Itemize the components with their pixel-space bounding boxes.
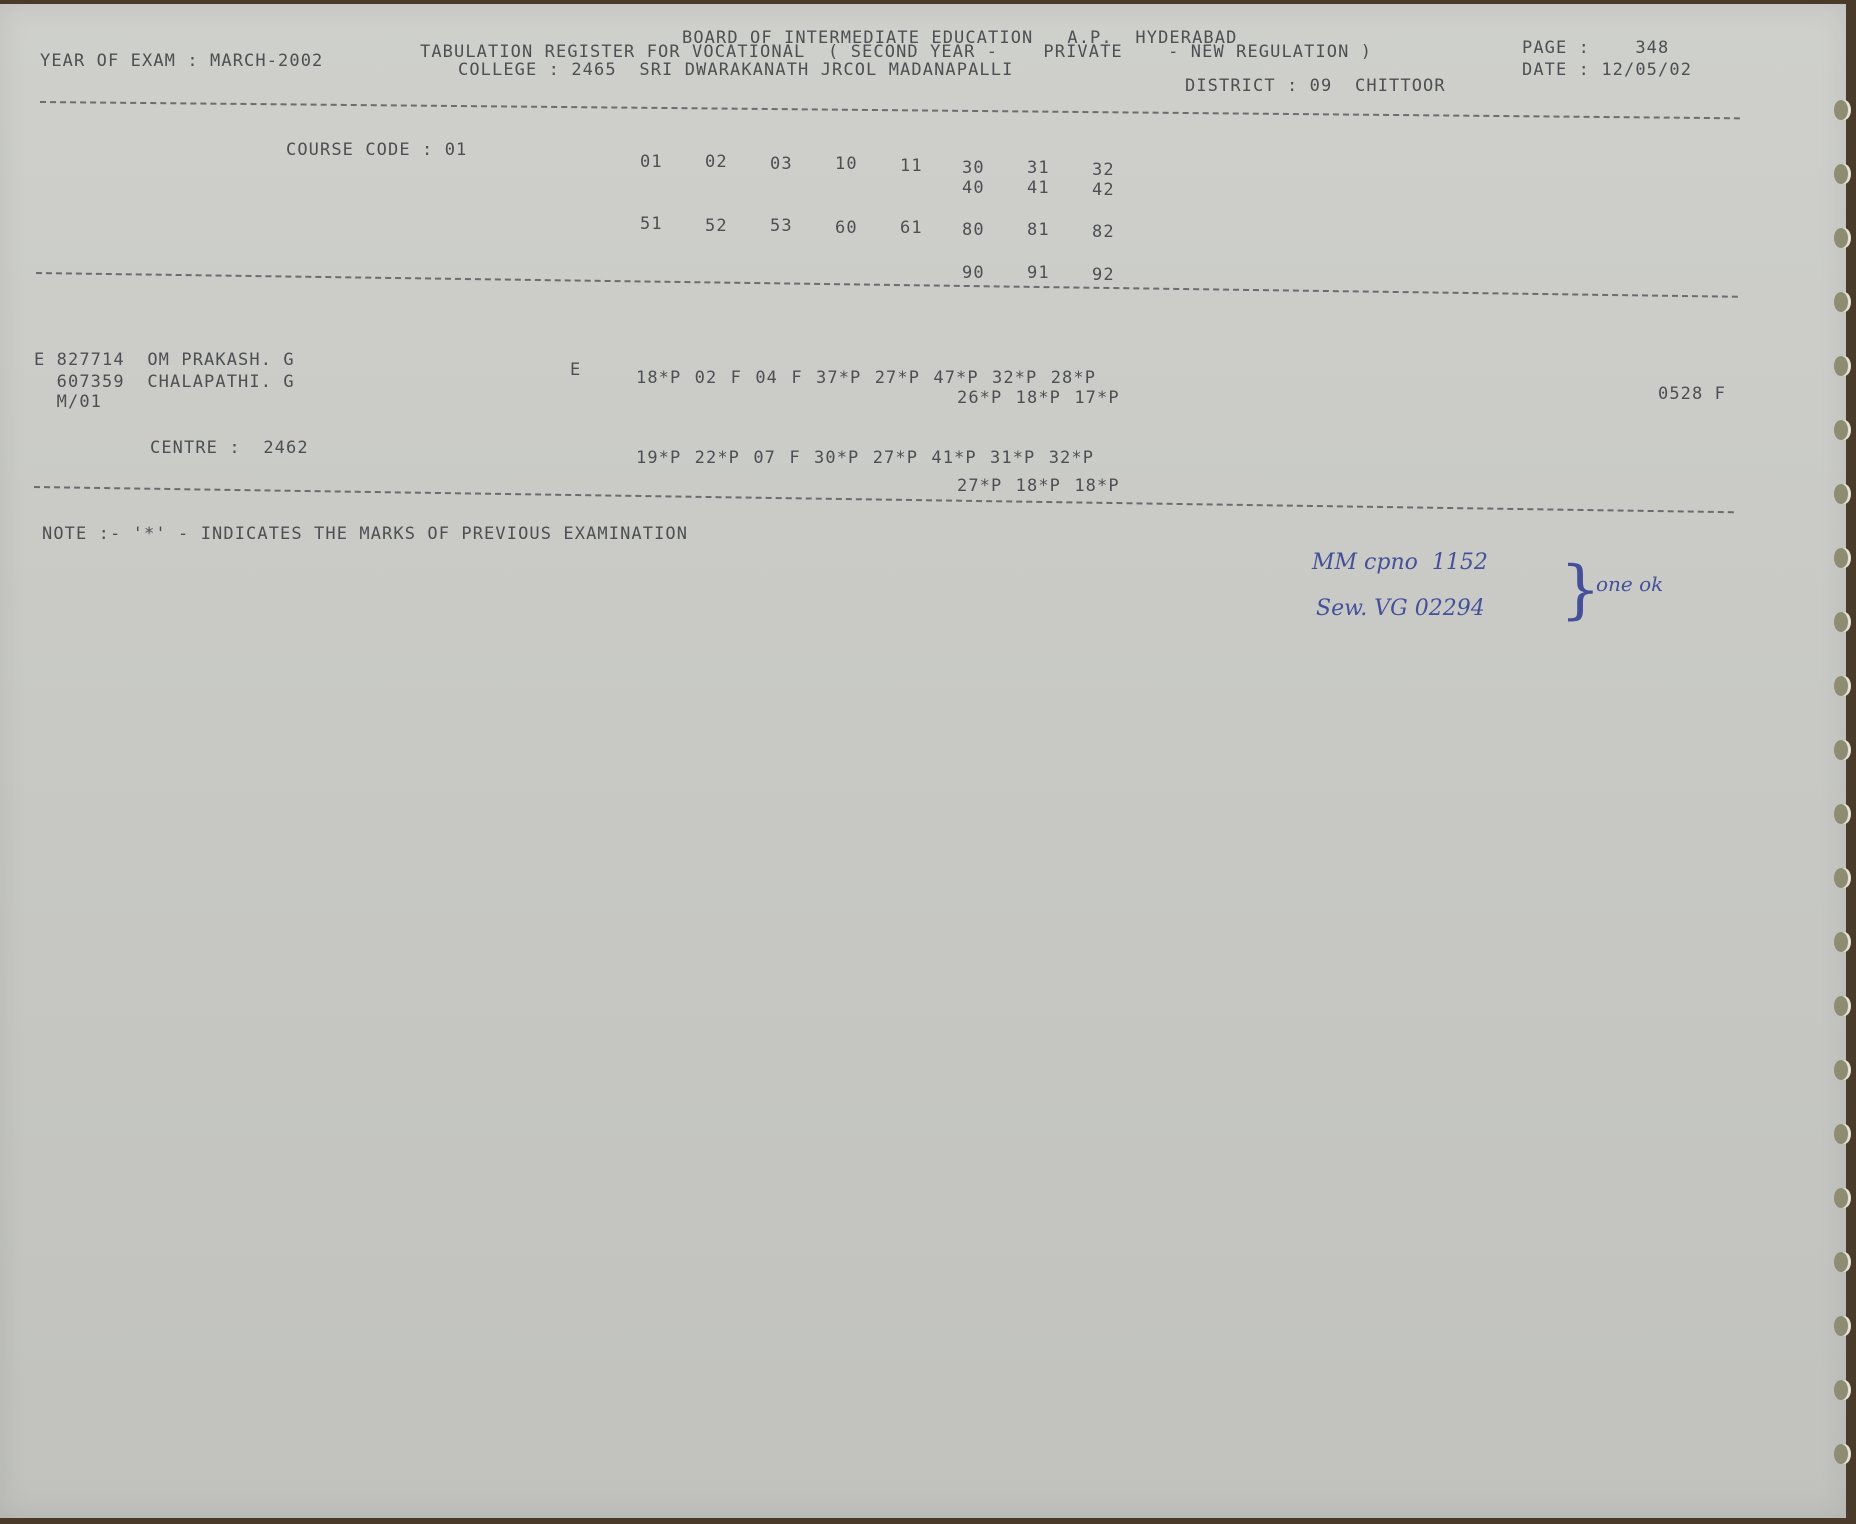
subject-code: 30 bbox=[962, 158, 985, 178]
subject-code: 41 bbox=[1027, 178, 1050, 198]
subject-code: 61 bbox=[900, 218, 923, 238]
register-page: YEAR OF EXAM : MARCH-2002 BOARD OF INTER… bbox=[0, 4, 1846, 1518]
subject-code: 02 bbox=[705, 152, 728, 172]
district-line: DISTRICT : 09 CHITTOOR bbox=[1185, 76, 1446, 96]
divider bbox=[36, 272, 1738, 298]
subject-code: 91 bbox=[1027, 263, 1050, 283]
sprocket-hole bbox=[1834, 548, 1848, 568]
print-date: DATE : 12/05/02 bbox=[1522, 60, 1692, 80]
register-title: TABULATION REGISTER FOR VOCATIONAL ( SEC… bbox=[420, 42, 1372, 62]
marks-row: 19*P 22*P 07 F 30*P 27*P 41*P 31*P 32*P bbox=[636, 448, 1094, 468]
course-code-label: COURSE CODE : 01 bbox=[286, 140, 467, 160]
subject-code: 01 bbox=[640, 152, 663, 172]
sprocket-hole bbox=[1834, 356, 1848, 376]
sprocket-hole bbox=[1834, 932, 1848, 952]
hall-ticket-student: E 827714 OM PRAKASH. G bbox=[34, 350, 295, 370]
sprocket-hole bbox=[1834, 100, 1848, 120]
sprocket-hole bbox=[1834, 1380, 1848, 1400]
subject-code: 92 bbox=[1092, 265, 1115, 285]
brace-mark: } bbox=[1560, 558, 1601, 622]
sprocket-hole bbox=[1834, 1060, 1848, 1080]
subject-code: 31 bbox=[1027, 158, 1050, 178]
year-of-exam: YEAR OF EXAM : MARCH-2002 bbox=[40, 51, 323, 71]
handwritten-note-line1: MM cpno 1152 bbox=[1312, 550, 1488, 575]
marks-row: 26*P 18*P 17*P bbox=[957, 388, 1120, 408]
sprocket-hole bbox=[1834, 228, 1848, 248]
total-result: 0528 F bbox=[1658, 384, 1726, 404]
page-number: PAGE : 348 bbox=[1522, 38, 1669, 58]
subject-code: 60 bbox=[835, 218, 858, 238]
father-name: 607359 CHALAPATHI. G bbox=[34, 372, 295, 392]
medium: E bbox=[570, 360, 581, 380]
sprocket-hole bbox=[1834, 164, 1848, 184]
marks-row: 18*P 02 F 04 F 37*P 27*P 47*P 32*P 28*P bbox=[636, 368, 1096, 388]
subject-code: 11 bbox=[900, 156, 923, 176]
divider bbox=[34, 486, 1734, 513]
handwritten-side-note: one ok bbox=[1596, 572, 1663, 596]
subject-code: 51 bbox=[640, 214, 663, 234]
marks-row: 27*P 18*P 18*P bbox=[957, 476, 1120, 496]
subject-code: 10 bbox=[835, 154, 858, 174]
sprocket-hole bbox=[1834, 676, 1848, 696]
sprocket-hole bbox=[1834, 996, 1848, 1016]
subject-code: 42 bbox=[1092, 180, 1115, 200]
subject-code: 80 bbox=[962, 220, 985, 240]
centre-code: CENTRE : 2462 bbox=[150, 438, 309, 458]
college-line: COLLEGE : 2465 SRI DWARAKANATH JRCOL MAD… bbox=[458, 60, 1013, 80]
note: NOTE :- '*' - INDICATES THE MARKS OF PRE… bbox=[42, 524, 688, 544]
sprocket-hole bbox=[1834, 1188, 1848, 1208]
sprocket-hole bbox=[1834, 1316, 1848, 1336]
sprocket-hole bbox=[1834, 740, 1848, 760]
sprocket-hole bbox=[1834, 484, 1848, 504]
gender-course: M/01 bbox=[34, 392, 102, 412]
sprocket-hole bbox=[1834, 868, 1848, 888]
subject-code: 40 bbox=[962, 178, 985, 198]
divider bbox=[40, 101, 1740, 119]
sprocket-hole bbox=[1834, 612, 1848, 632]
sprocket-hole bbox=[1834, 1252, 1848, 1272]
subject-code: 82 bbox=[1092, 222, 1115, 242]
subject-code: 32 bbox=[1092, 160, 1115, 180]
subject-code: 53 bbox=[770, 216, 793, 236]
subject-code: 03 bbox=[770, 154, 793, 174]
subject-code: 81 bbox=[1027, 220, 1050, 240]
subject-code: 52 bbox=[705, 216, 728, 236]
sprocket-hole bbox=[1834, 1124, 1848, 1144]
sprocket-hole bbox=[1834, 804, 1848, 824]
handwritten-note-line2: Sew. VG 02294 bbox=[1316, 596, 1485, 621]
sprocket-hole bbox=[1834, 1444, 1848, 1464]
sprocket-hole bbox=[1834, 292, 1848, 312]
subject-code: 90 bbox=[962, 263, 985, 283]
sprocket-hole bbox=[1834, 420, 1848, 440]
